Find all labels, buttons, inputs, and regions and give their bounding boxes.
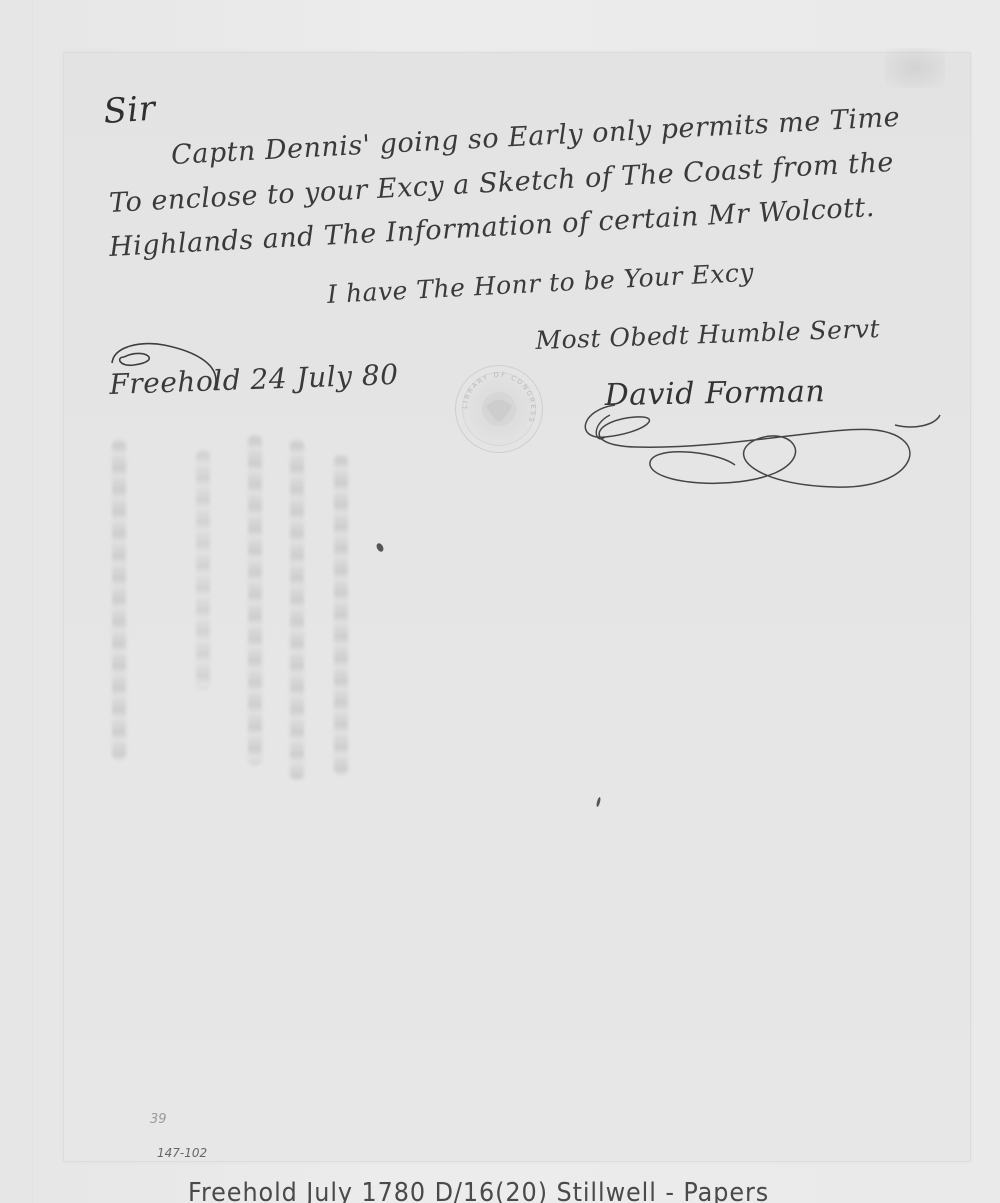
bleed-through-stroke bbox=[334, 455, 348, 775]
bleed-through-stroke bbox=[196, 450, 210, 690]
salutation: Sir bbox=[102, 88, 157, 132]
folio-number: 39 bbox=[150, 1112, 167, 1127]
collection-note: Freehold July 1780 D/16(20) Stillwell - … bbox=[188, 1178, 769, 1203]
library-seal-icon: LIBRARY OF CONGRESS bbox=[455, 365, 543, 453]
mount-edge-line bbox=[32, 0, 33, 1203]
bleed-through-stroke bbox=[290, 440, 304, 780]
catalog-number: 147-102 bbox=[157, 1146, 207, 1160]
signature-flourish-icon bbox=[575, 395, 945, 495]
bleed-through-stroke bbox=[112, 440, 126, 760]
paper-smudge bbox=[885, 48, 945, 88]
bleed-through-stroke bbox=[248, 435, 262, 765]
